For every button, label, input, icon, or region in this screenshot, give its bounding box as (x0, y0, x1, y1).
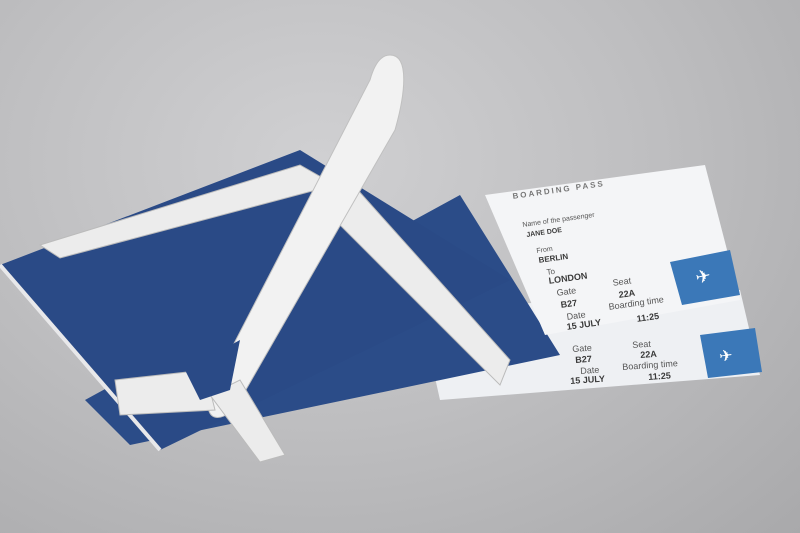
airplane-icon: ✈ (718, 347, 734, 366)
back-seat-label: Seat (632, 339, 651, 350)
photo-scene: ✈ ✈ BOARDING PASS Name of the passenger … (0, 0, 800, 533)
back-boarding-time-value: 11:25 (648, 370, 671, 382)
scene-graphics: ✈ ✈ (0, 0, 800, 533)
back-gate-value: B27 (575, 354, 592, 365)
back-seat-value: 22A (640, 349, 657, 360)
back-gate-label: Gate (572, 343, 592, 354)
